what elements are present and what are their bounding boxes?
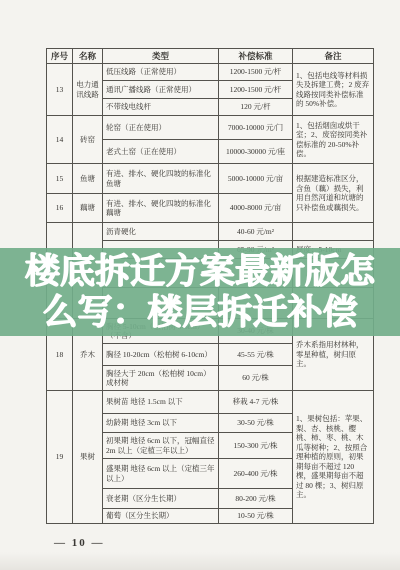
table-cell: 1200-1500 元/杆 bbox=[219, 81, 293, 99]
table-cell: 移栽 4-7 元/株 bbox=[219, 391, 293, 414]
table-cell: 15 bbox=[47, 164, 73, 194]
table-cell: 30-50 元/株 bbox=[219, 414, 293, 433]
table-header-row: 序号名称类型补偿标准备注 bbox=[47, 49, 374, 64]
table-cell: 轮窑（正在使用） bbox=[103, 116, 219, 140]
table-cell: 不带线电线杆 bbox=[103, 99, 219, 116]
table-cell: 幼龄期 地径 3cm 以下 bbox=[103, 414, 219, 433]
caption-line-1: 楼底拆迁方案最新版怎 bbox=[25, 251, 375, 292]
table-cell: 60 元/株 bbox=[219, 366, 293, 391]
table-cell: 1、包括烟囱或烘干室；2、废窑按同类补偿标准的 20-50%补偿。 bbox=[293, 116, 374, 164]
table-cell: 果树苗 地径 1.5cm 以下 bbox=[103, 391, 219, 414]
table-cell: 40-60 元/m² bbox=[219, 223, 293, 241]
table-cell: 鱼塘 bbox=[73, 164, 103, 194]
table-row: 19果树果树苗 地径 1.5cm 以下移栽 4-7 元/株1、果树包括：苹果、梨… bbox=[47, 391, 374, 414]
table-cell: 10000-30000 元/座 bbox=[219, 140, 293, 164]
table-cell: 120 元/杆 bbox=[219, 99, 293, 116]
table-cell: 有进、排水、硬化四坡的标准化鱼塘 bbox=[103, 164, 219, 194]
table-cell: 45-55 元/株 bbox=[219, 344, 293, 366]
table-cell: 80-200 元/株 bbox=[219, 489, 293, 509]
table-cell: 有进、排水、硬化四坡的标准化藕塘 bbox=[103, 194, 219, 223]
table-cell: 根据建造标准区分，含鱼（藕）损失，利用自然河道和坑塘的只补偿鱼或藕损失。 bbox=[293, 164, 374, 223]
table-cell: 砖窑 bbox=[73, 116, 103, 164]
table-cell: 沥青硬化 bbox=[103, 223, 219, 241]
table-cell: 150-300 元/株 bbox=[219, 433, 293, 459]
table-cell: 衰老期（区分生长期） bbox=[103, 489, 219, 509]
table-cell: 5000-10000 元/亩 bbox=[219, 164, 293, 194]
column-header: 备注 bbox=[293, 49, 374, 64]
table-cell: 初果期 地径 6cm 以下，冠幅直径 2m 以上（定植三年以上） bbox=[103, 433, 219, 459]
table-cell: 葡萄（区分生长期） bbox=[103, 509, 219, 524]
column-header: 类型 bbox=[103, 49, 219, 64]
table-cell: 4000-8000 元/亩 bbox=[219, 194, 293, 223]
table-cell: 藕塘 bbox=[73, 194, 103, 223]
table-cell: 电力通讯线路 bbox=[73, 64, 103, 116]
table-cell: 19 bbox=[47, 391, 73, 524]
table-cell: 低压线路（正常使用） bbox=[103, 64, 219, 81]
table-cell: 10-50 元/株 bbox=[219, 509, 293, 524]
table-cell: 1200-1500 元/杆 bbox=[219, 64, 293, 81]
table-cell: 13 bbox=[47, 64, 73, 116]
table-row: 14砖窑轮窑（正在使用）7000-10000 元/门1、包括烟囱或烘干室；2、废… bbox=[47, 116, 374, 140]
table-cell bbox=[293, 223, 374, 241]
table-cell: 7000-10000 元/门 bbox=[219, 116, 293, 140]
table-cell: 果树 bbox=[73, 391, 103, 524]
table-header: 序号名称类型补偿标准备注 bbox=[47, 49, 374, 64]
table-cell: 通讯广播线路（正常使用） bbox=[103, 81, 219, 99]
page-bottom-shade bbox=[0, 552, 400, 570]
column-header: 名称 bbox=[73, 49, 103, 64]
table-cell: 1、包括电线等材料损失及拆建工费；2 废弃线路按同类补偿标准的 50%补偿。 bbox=[293, 64, 374, 116]
column-header: 序号 bbox=[47, 49, 73, 64]
column-header: 补偿标准 bbox=[219, 49, 293, 64]
table-cell: 胸径 10-20cm（松柏树 6-10cm） bbox=[103, 344, 219, 366]
table-row: 15鱼塘有进、排水、硬化四坡的标准化鱼塘5000-10000 元/亩根据建造标准… bbox=[47, 164, 374, 194]
table-cell: 16 bbox=[47, 194, 73, 223]
table-cell: 1、果树包括：苹果、梨、杏、核桃、樱桃、柿、枣、桃、木瓜等树种；2、按照合理种植… bbox=[293, 391, 374, 524]
table-cell: 老式土窑（正在使用） bbox=[103, 140, 219, 164]
table-row: 沥青硬化40-60 元/m² bbox=[47, 223, 374, 241]
table-cell: 260-400 元/株 bbox=[219, 459, 293, 489]
table-row: 13电力通讯线路低压线路（正常使用）1200-1500 元/杆1、包括电线等材料… bbox=[47, 64, 374, 81]
caption-overlay-banner: 楼底拆迁方案最新版怎 么写：楼层拆迁补偿 bbox=[0, 248, 400, 336]
table-cell: 14 bbox=[47, 116, 73, 164]
table-cell: 胸径大于 20cm（松柏树 10cm）成材树 bbox=[103, 366, 219, 391]
page-number: — 10 — bbox=[54, 537, 105, 549]
table-cell: 盛果期 地径 6cm 以上（定植三年以上） bbox=[103, 459, 219, 489]
caption-line-2: 么写：楼层拆迁补偿 bbox=[42, 292, 357, 333]
